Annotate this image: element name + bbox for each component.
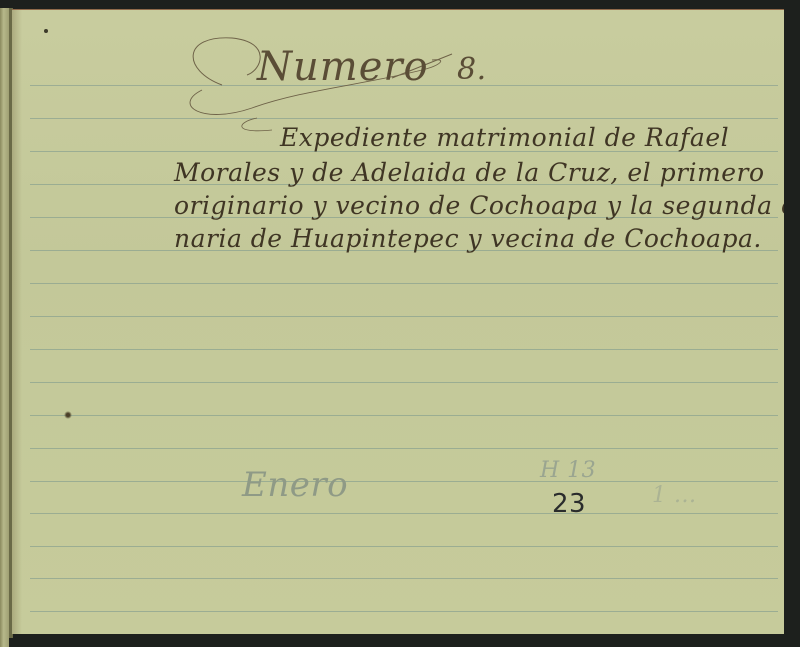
- ruled-line: [30, 611, 778, 612]
- record-label: Numero: [257, 44, 429, 90]
- ruled-line: [30, 546, 778, 547]
- ruled-line: [30, 382, 778, 383]
- body-line-2: Morales y de Adelaida de la Cruz, el pri…: [174, 158, 765, 187]
- book-binding-edge: [0, 8, 9, 647]
- ledger-page: Numero 8. Expediente matrimonial de Rafa…: [12, 9, 784, 634]
- ruled-line: [30, 283, 778, 284]
- document-scan: Numero 8. Expediente matrimonial de Rafa…: [0, 0, 800, 647]
- record-number: 8.: [457, 52, 487, 87]
- ink-speck: [44, 29, 48, 33]
- ruled-line: [30, 349, 778, 350]
- ruled-line: [30, 415, 778, 416]
- body-line-4: naria de Huapintepec y vecina de Cochoap…: [174, 224, 762, 253]
- ruled-line: [30, 578, 778, 579]
- ruled-line: [30, 481, 778, 482]
- ruled-line: [30, 118, 778, 119]
- body-line-3: originario y vecino de Cochoapa y la seg…: [174, 191, 784, 220]
- body-line-1: Expediente matrimonial de Rafael: [280, 123, 729, 152]
- ruled-line: [30, 316, 778, 317]
- faint-day-annotation: H 13: [540, 458, 596, 483]
- ruled-line: [30, 513, 778, 514]
- ink-blot: [64, 411, 72, 419]
- ruled-line: [30, 448, 778, 449]
- faint-year-annotation: 1 ...: [652, 483, 696, 508]
- day-number: 23: [552, 489, 586, 519]
- month-annotation: Enero: [242, 465, 348, 505]
